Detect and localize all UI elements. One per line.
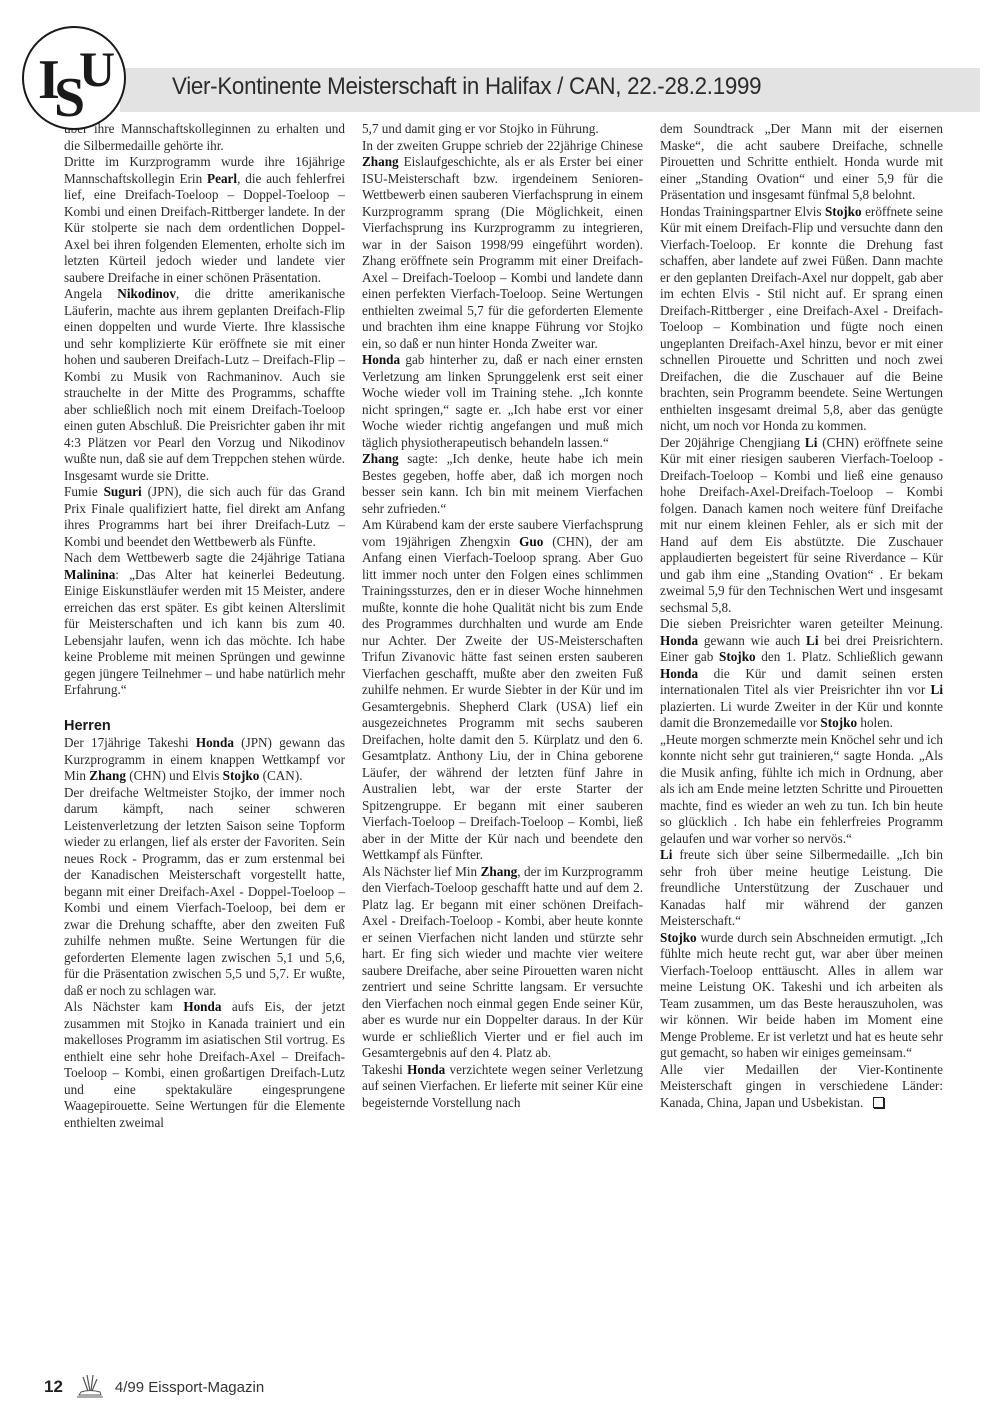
text-run: Als Nächster lief Min [362, 864, 481, 879]
text-run: Nach dem Wettbewerb sagte die 24jährige … [64, 550, 345, 565]
name-highlight: Stojko [825, 204, 862, 219]
paragraph: Angela Nikodinov, die dritte amerikanisc… [64, 286, 345, 484]
name-highlight: Guo [519, 534, 543, 549]
name-highlight: Stojko [223, 768, 260, 783]
paragraph: Dritte im Kurzprogramm wurde ihre 16jähr… [64, 154, 345, 286]
paragraph: Der 17jährige Takeshi Honda (JPN) gewann… [64, 735, 345, 785]
paragraph: Am Kürabend kam der erste saubere Vierfa… [362, 517, 643, 864]
text-run: „Heute morgen schmerzte mein Knöchel seh… [660, 732, 943, 846]
name-highlight: Li [931, 682, 943, 697]
name-highlight: Stojko [660, 930, 697, 945]
paragraph: Honda gab hinterher zu, daß er nach eine… [362, 352, 643, 451]
name-highlight: Malinina [64, 567, 115, 582]
text-run: dem Soundtrack „Der Mann mit der eiserne… [660, 121, 943, 202]
text-run: Als Nächster kam [64, 999, 183, 1014]
text-run: plazierten. Li wurde Zweiter in der Kür … [660, 699, 943, 731]
end-of-article-icon [873, 1097, 884, 1108]
skater-statue-icon [73, 1373, 107, 1401]
paragraph: In der zweiten Gruppe schrieb der 22jähr… [362, 138, 643, 353]
text-run: Der 20jährige Chengjiang [660, 435, 805, 450]
paragraph: 5,7 und damit ging er vor Stojko in Führ… [362, 121, 643, 138]
name-highlight: Nikodinov [117, 286, 176, 301]
paragraph: Li freute sich über seine Silbermedaille… [660, 847, 943, 930]
name-highlight: Stojko [719, 649, 756, 664]
text-run: holen. [857, 715, 893, 730]
text-run: eröffnete seine Kür mit einem Dreifach-F… [660, 204, 943, 434]
article-column-2: 5,7 und damit ging er vor Stojko in Führ… [362, 121, 643, 1111]
name-highlight: Zhang [89, 768, 126, 783]
isu-logo: I S U [22, 26, 126, 130]
name-highlight: Honda [362, 352, 400, 367]
text-run: gewann wie auch [698, 633, 806, 648]
text-run: sagte: „Ich denke, heute habe ich mein B… [362, 451, 643, 516]
isu-logo-icon: I S U [24, 28, 124, 128]
text-run: Der dreifache Weltmeister Stojko, der im… [64, 785, 345, 998]
name-highlight: Honda [183, 999, 221, 1014]
text-run: den 1. Platz. Schließlich gewann [756, 649, 943, 664]
text-run: Angela [64, 286, 117, 301]
paragraph: Alle vier Medaillen der Vier-Kontinente … [660, 1062, 943, 1112]
paragraph: Fumie Suguri (JPN), die sich auch für da… [64, 484, 345, 550]
paragraph: Hondas Trainingspartner Elvis Stojko erö… [660, 204, 943, 435]
text-run: (CHN) und Elvis [126, 768, 223, 783]
text-run: Der 17jährige Takeshi [64, 735, 196, 750]
paragraph: Der 20jährige Chengjiang Li (CHN) eröffn… [660, 435, 943, 617]
paragraph: Als Nächster lief Min Zhang, der im Kurz… [362, 864, 643, 1062]
text-run: In der zweiten Gruppe schrieb der 22jähr… [362, 138, 643, 153]
paragraph: Als Nächster kam Honda aufs Eis, der jet… [64, 999, 345, 1131]
page-title: Vier-Kontinente Meisterschaft in Halifax… [172, 73, 761, 101]
text-run: wurde durch sein Abschneiden ermutigt. „… [660, 930, 943, 1061]
section-heading: Herren [64, 718, 345, 735]
paragraph: dem Soundtrack „Der Mann mit der eiserne… [660, 121, 943, 204]
text-run: , der im Kurzprogramm den Vierfach-Toelo… [362, 864, 643, 1061]
text-run: gab hinterher zu, daß er nach einer erns… [362, 352, 643, 450]
name-highlight: Pearl [207, 171, 237, 186]
name-highlight: Honda [196, 735, 234, 750]
text-run: Eislaufgeschichte, als er als Erster bei… [362, 154, 643, 351]
text-run: , die dritte amerikanische Läuferin, mac… [64, 286, 345, 483]
text-run: , die auch fehlerfrei lief, eine Dreifac… [64, 171, 345, 285]
text-run: aufs Eis, der jetzt zusammen mit Stojko … [64, 999, 345, 1130]
name-highlight: Zhang [481, 864, 518, 879]
paragraph: Takeshi Honda verzichtete wegen seiner V… [362, 1062, 643, 1112]
text-run: (CHN), der am Anfang einen Vierfach-Toel… [362, 534, 643, 863]
name-highlight: Li [806, 633, 818, 648]
text-run: die Kür und damit seinen ersten internat… [660, 666, 943, 698]
article-column-3: dem Soundtrack „Der Mann mit der eiserne… [660, 121, 943, 1111]
text-run: Die sieben Preisrichter waren geteilter … [660, 616, 943, 631]
name-highlight: Honda [660, 666, 698, 681]
text-run: : „Das Alter hat keinerlei Bedeutung. Ei… [64, 567, 345, 698]
paragraph: Zhang sagte: „Ich denke, heute habe ich … [362, 451, 643, 517]
svg-text:U: U [79, 41, 115, 97]
text-run: Takeshi [362, 1062, 407, 1077]
paragraph: „Heute morgen schmerzte mein Knöchel seh… [660, 732, 943, 848]
paragraph: Der dreifache Weltmeister Stojko, der im… [64, 785, 345, 1000]
name-highlight: Zhang [362, 451, 399, 466]
text-run: freute sich über seine Silbermedaille. „… [660, 847, 943, 928]
text-run: (CHN) eröffnete seine Kür mit einer ries… [660, 435, 943, 615]
article-column-1: über ihre Mannschaftskolleginnen zu erha… [64, 121, 345, 1131]
name-highlight: Honda [660, 633, 698, 648]
name-highlight: Honda [407, 1062, 445, 1077]
name-highlight: Stojko [820, 715, 857, 730]
page-number: 12 [44, 1377, 63, 1397]
magazine-issue: 4/99 Eissport-Magazin [115, 1379, 264, 1396]
text-run: 5,7 und damit ging er vor Stojko in Führ… [362, 121, 599, 136]
name-highlight: Suguri [104, 484, 142, 499]
paragraph: Nach dem Wettbewerb sagte die 24jährige … [64, 550, 345, 699]
paragraph: Stojko wurde durch sein Abschneiden ermu… [660, 930, 943, 1062]
text-run: Fumie [64, 484, 104, 499]
text-run: (CAN). [259, 768, 302, 783]
text-run: Alle vier Medaillen der Vier-Kontinente … [660, 1062, 943, 1110]
name-highlight: Zhang [362, 154, 399, 169]
text-run: Hondas Trainingspartner Elvis [660, 204, 825, 219]
name-highlight: Li [660, 847, 672, 862]
name-highlight: Li [805, 435, 817, 450]
paragraph: Die sieben Preisrichter waren geteilter … [660, 616, 943, 732]
page-footer: 12 4/99 Eissport-Magazin [44, 1372, 264, 1402]
